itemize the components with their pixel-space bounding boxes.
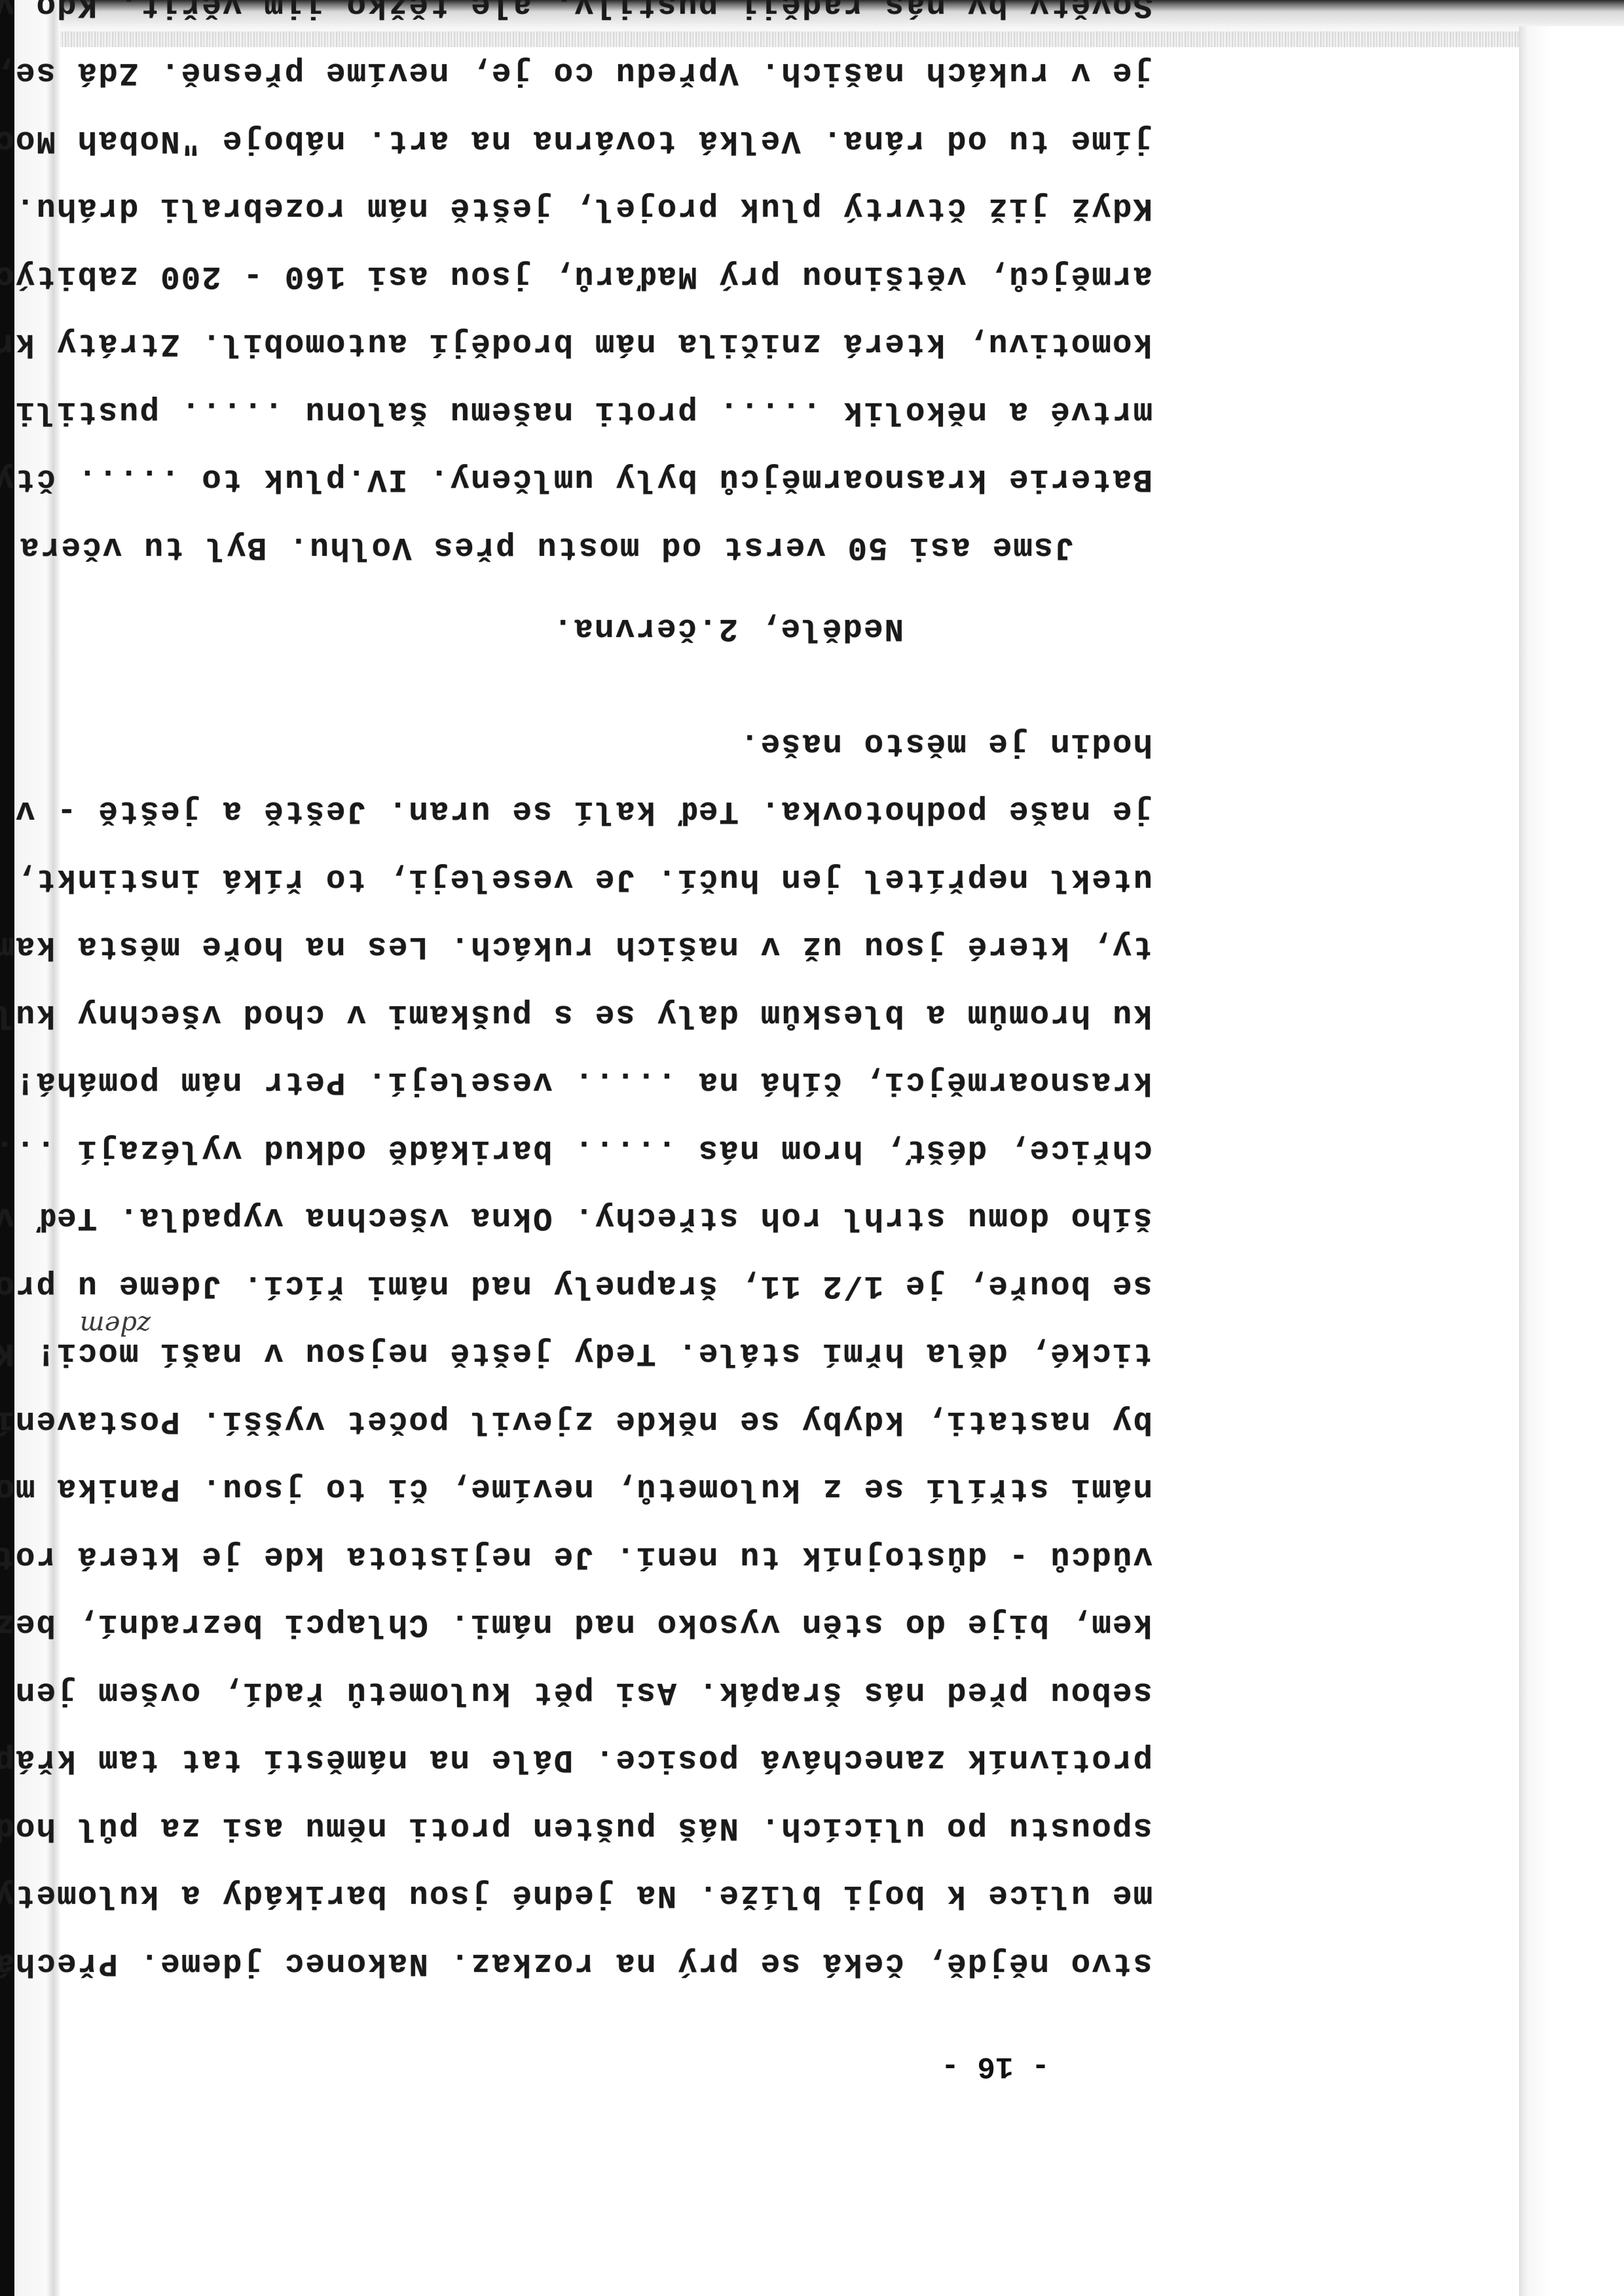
text-line: spoustu po ulicích. Náš pušten proti něm… <box>0 1810 1153 1846</box>
text-line: sebou před nás šrapák. Asi pět kulometů … <box>0 1674 1153 1711</box>
text-line: armějců, většinou prý Maďarů, jsou asi 1… <box>0 258 1153 295</box>
text-line: me ulice k boji blíže. Na jedné jsou bar… <box>0 1878 1153 1914</box>
text-line: Jsme asi 50 verst od mostu přes Volhu. B… <box>0 529 1074 566</box>
text-line: Baterie krasnoarmějců byly umlčeny. IV.p… <box>0 461 1153 498</box>
typed-page: - 16 - stvo nějdě, čeká se prý na rozkaz… <box>0 0 1624 2296</box>
text-line: hodin je město naše. <box>739 725 1153 762</box>
text-line: tické, děla hřmí stále. Tedy ještě nejso… <box>0 1336 1153 1372</box>
date-heading: Neděle, 2.června. <box>552 610 904 647</box>
text-line: je naše podhotovka. Teď kalí se uran. Je… <box>0 793 1153 830</box>
text-line: Sověty by nás raději pustily, ale těžko … <box>0 0 1153 24</box>
text-line: ku hromům a bleskům daly se s puškami v … <box>0 996 1153 1033</box>
text-line: námi střílí se z kulometů, nevíme, či to… <box>0 1471 1153 1508</box>
handwritten-correction: zdem <box>80 1310 151 1340</box>
text-line: krasnoarmějci, číhá na ..... veselejí. P… <box>0 1065 1153 1101</box>
text-line: stvo nějdě, čeká se prý na rozkaz. Nakon… <box>0 1945 1153 1982</box>
page-number: - 16 - <box>419 2049 1572 2083</box>
text-line: protivník zanechává posice. Dále na námě… <box>0 1742 1153 1779</box>
text-line: utekl nepřítel jen hučí. Je veseleji, to… <box>0 861 1153 898</box>
text-line: se bouře, je 1/2 11, šrapnely nad námi ř… <box>0 1267 1153 1304</box>
text-line: by nastati, kdyby se někde zjevil počet … <box>0 1403 1153 1440</box>
text-line: jíme tu od rána. Velká továrna na art. n… <box>0 122 1153 159</box>
text-line: vůdců - důstojník tu není. Je nejistota … <box>0 1539 1153 1575</box>
text-line: Když již čtvrtý pluk projel, ještě nám r… <box>0 190 1153 227</box>
text-line: chřice, déšť, hrom nás ..... barikádě od… <box>0 1132 1153 1169</box>
text-line: komotivu, která zničila nám brodějí auto… <box>0 325 1153 362</box>
text-line: mrtvé a několik ..... proti našemu šalon… <box>0 393 1153 430</box>
text-line: kem, bije do stěn vysoko nad námi. Chlap… <box>0 1607 1153 1643</box>
text-line: šího domu strhl roh střechy. Okna všechn… <box>0 1200 1153 1237</box>
text-line: je v rukách našich. Vpředu co je, nevíme… <box>0 54 1153 91</box>
text-line: ty, které jsou už v našich rukách. Les n… <box>0 929 1153 966</box>
